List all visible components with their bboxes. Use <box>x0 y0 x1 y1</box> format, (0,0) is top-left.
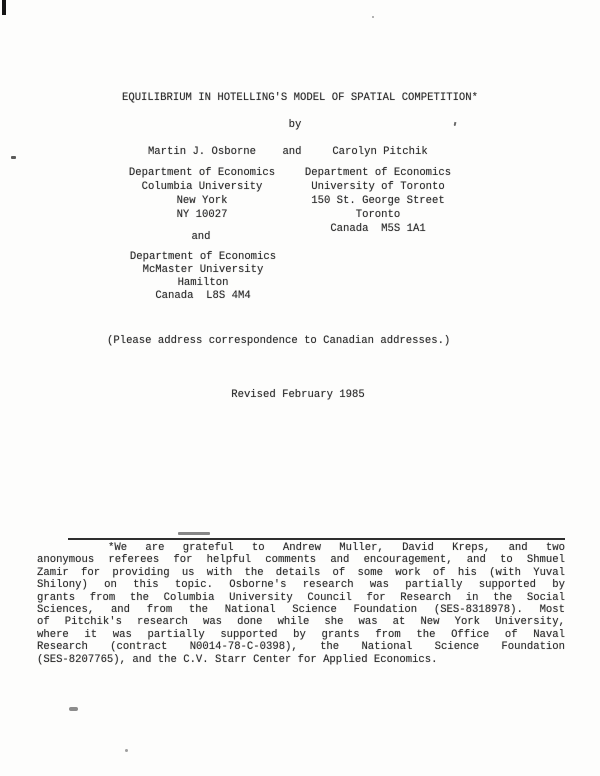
paper-title: EQUILIBRIUM IN HOTELLING'S MODEL OF SPAT… <box>0 92 600 104</box>
scan-artifact-mark <box>69 707 78 711</box>
scan-artifact-dot <box>125 749 128 752</box>
affiliation-line: Canada M5S 1A1 <box>278 223 478 235</box>
affiliation-line: Columbia University <box>102 181 302 193</box>
scan-artifact-smudge <box>178 532 210 535</box>
author-name-right: Carolyn Pitchik <box>280 146 480 158</box>
footnote-rule <box>68 538 565 540</box>
footnote-line: (SES-8207765), and the C.V. Starr Center… <box>37 654 565 666</box>
affiliation-line: New York <box>102 195 302 207</box>
byline: by <box>0 119 590 131</box>
footnote-line: of Pitchik's research was done while she… <box>37 616 565 628</box>
footnote-line: anonymous referees for helpful comments … <box>37 554 565 566</box>
footnote-line: Zamir for providing us with the details … <box>37 567 565 579</box>
affiliation-line: Canada L8S 4M4 <box>103 290 303 302</box>
scan-artifact-corner-bar <box>2 0 6 15</box>
footnote-line: Research (contract N0014-78-C-0398), the… <box>37 641 565 653</box>
affiliation-line: NY 10027 <box>102 209 302 221</box>
revision-date: Revised February 1985 <box>0 389 596 401</box>
footnote-line: grants from the Columbia University Coun… <box>37 592 565 604</box>
affiliation-line: McMaster University <box>103 264 303 276</box>
correspondence-note: (Please address correspondence to Canadi… <box>107 335 450 347</box>
affiliation-line: Department of Economics <box>278 167 478 179</box>
scanned-paper-page: EQUILIBRIUM IN HOTELLING'S MODEL OF SPAT… <box>0 0 600 776</box>
affiliation-line: Hamilton <box>103 277 303 289</box>
footnote: *We are grateful to Andrew Muller, David… <box>37 542 565 666</box>
scan-artifact-speck <box>11 156 16 159</box>
affiliations-conjunction: and <box>151 231 251 243</box>
affiliation-line: Department of Economics <box>102 167 302 179</box>
scan-artifact-dot <box>372 16 374 18</box>
footnote-line: Sciences, and from the National Science … <box>37 604 565 616</box>
footnote-line: Shilony) on this topic. Osborne's resear… <box>37 579 565 591</box>
affiliation-line: Toronto <box>278 209 478 221</box>
affiliation-line: University of Toronto <box>278 181 478 193</box>
affiliation-line: Department of Economics <box>103 251 303 263</box>
affiliation-line: 150 St. George Street <box>278 195 478 207</box>
footnote-line: *We are grateful to Andrew Muller, David… <box>37 542 565 554</box>
footnote-line: where it was partially supported by gran… <box>37 629 565 641</box>
